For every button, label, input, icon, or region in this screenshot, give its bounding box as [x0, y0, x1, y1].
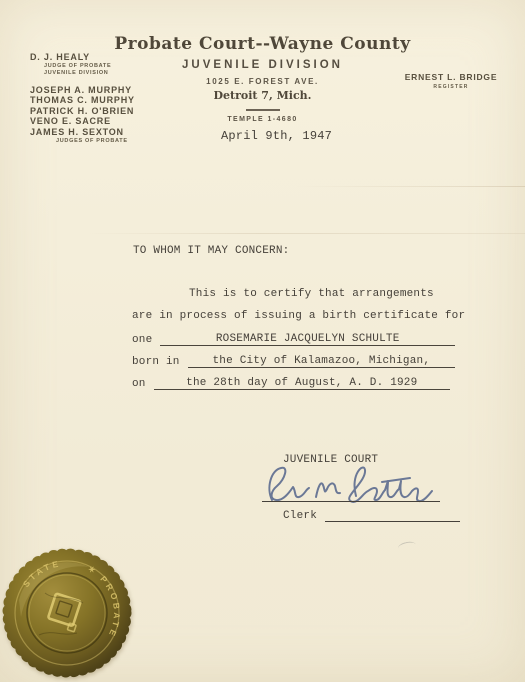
judge-name: PATRICK H. O'BRIEN — [30, 106, 135, 117]
register-panel: ERNEST L. BRIDGE REGISTER — [396, 72, 506, 90]
clerk-label: Clerk — [283, 510, 325, 522]
presiding-judge-title-1: JUDGE OF PROBATE — [44, 63, 135, 70]
register-name: ERNEST L. BRIDGE — [396, 72, 506, 82]
fill-line-name: one ROSEMARIE JACQUELYN SCHULTE — [132, 330, 455, 346]
paper-crease — [85, 233, 525, 234]
gold-embossed-probate-seal-icon: STATE ✶ PROBATE — [0, 545, 139, 682]
letterhead-divider — [246, 109, 280, 111]
fill-birthdate-label: on — [132, 378, 154, 390]
register-title: REGISTER — [396, 84, 506, 90]
presiding-judge-name: D. J. HEALY — [30, 52, 135, 63]
paper-crease — [295, 186, 525, 187]
date-line: April 9th, 1947 — [221, 129, 332, 143]
fill-name-value: ROSEMARIE JACQUELYN SCHULTE — [160, 333, 455, 346]
signature-underline — [262, 501, 440, 502]
fill-line-birthdate: on the 28th day of August, A. D. 1929 — [132, 374, 450, 390]
fill-line-birthplace: born in the City of Kalamazoo, Michigan, — [132, 352, 455, 368]
salutation: TO WHOM IT MAY CONCERN: — [133, 245, 289, 257]
judge-name: THOMAS C. MURPHY — [30, 95, 135, 106]
scanned-court-letter: Probate Court--Wayne County JUVENILE DIV… — [0, 0, 525, 682]
judges-panel: D. J. HEALY JUDGE OF PROBATE JUVENILE DI… — [30, 52, 135, 144]
body-line-2: are in process of issuing a birth certif… — [132, 310, 465, 322]
judge-name: VENO E. SACRE — [30, 116, 135, 127]
fill-birthplace-label: born in — [132, 356, 188, 368]
pencil-smudge — [397, 540, 416, 553]
fill-birthplace-value: the City of Kalamazoo, Michigan, — [188, 355, 455, 368]
fill-name-label: one — [132, 334, 160, 346]
judges-caption: JUDGES OF PROBATE — [56, 138, 135, 144]
presiding-judge-title-2: JUVENILE DIVISION — [44, 70, 135, 77]
clerk-signature-space — [325, 521, 460, 522]
judge-name: JAMES H. SEXTON — [30, 127, 135, 138]
clerk-line: Clerk — [283, 506, 460, 522]
fill-birthdate-value: the 28th day of August, A. D. 1929 — [154, 377, 450, 390]
letterhead-court-name: Probate Court--Wayne County — [0, 34, 525, 54]
body-line-1: This is to certify that arrangements — [189, 288, 434, 300]
judge-name: JOSEPH A. MURPHY — [30, 85, 135, 96]
